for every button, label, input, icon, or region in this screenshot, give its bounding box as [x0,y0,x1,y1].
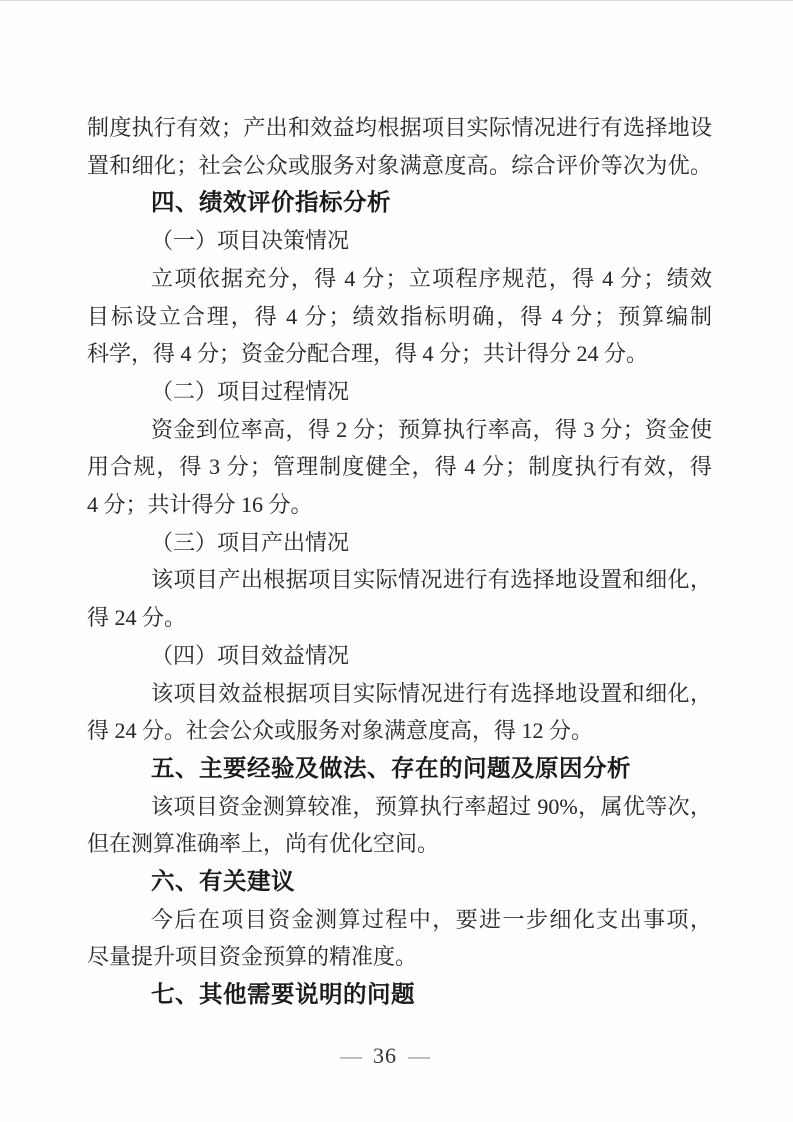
body-line: 立项依据充分，得 4 分；立项程序规范，得 4 分；绩效 [87,260,712,298]
body-line: 置和细化；社会公众或服务对象满意度高。综合评价等次为优。 [87,147,712,185]
body-line: （四）项目效益情况 [87,637,712,675]
body-line: 尽量提升项目资金预算的精准度。 [87,938,712,976]
footer-right-dash: — [408,1043,430,1068]
body-line: 该项目效益根据项目实际情况进行有选择地设置和细化， [87,675,712,713]
body-line: 4 分；共计得分 16 分。 [87,486,712,524]
body-line: 目标设立合理，得 4 分；绩效指标明确，得 4 分；预算编制 [87,298,712,336]
body-line: 制度执行有效；产出和效益均根据项目实际情况进行有选择地设 [87,109,712,147]
document-body: 制度执行有效；产出和效益均根据项目实际情况进行有选择地设置和细化；社会公众或服务… [87,109,712,1014]
body-line: （一）项目决策情况 [87,222,712,260]
body-line: 该项目产出根据项目实际情况进行有选择地设置和细化， [87,561,712,599]
section-heading: 五、主要经验及做法、存在的问题及原因分析 [87,750,712,788]
section-heading: 七、其他需要说明的问题 [87,976,712,1014]
body-line: 用合规，得 3 分；管理制度健全，得 4 分；制度执行有效，得 [87,448,712,486]
body-line: 资金到位率高，得 2 分；预算执行率高，得 3 分；资金使 [87,411,712,449]
body-line: 该项目资金测算较准，预算执行率超过 90%，属优等次， [87,788,712,826]
page-number: 36 [373,1043,397,1068]
section-heading: 四、绩效评价指标分析 [87,184,712,222]
body-line: 得 24 分。 [87,599,712,637]
body-line: 科学，得 4 分；资金分配合理，得 4 分；共计得分 24 分。 [87,335,712,373]
scan-edge-line [0,0,793,1]
footer-left-dash: — [340,1043,362,1068]
page-footer: —36— [0,1041,770,1071]
body-line: 但在测算准确率上，尚有优化空间。 [87,825,712,863]
body-line: （三）项目产出情况 [87,524,712,562]
document-page: 制度执行有效；产出和效益均根据项目实际情况进行有选择地设置和细化；社会公众或服务… [0,0,793,1122]
body-line: （二）项目过程情况 [87,373,712,411]
body-line: 今后在项目资金测算过程中，要进一步细化支出事项， [87,901,712,939]
body-line: 得 24 分。社会公众或服务对象满意度高，得 12 分。 [87,712,712,750]
section-heading: 六、有关建议 [87,863,712,901]
